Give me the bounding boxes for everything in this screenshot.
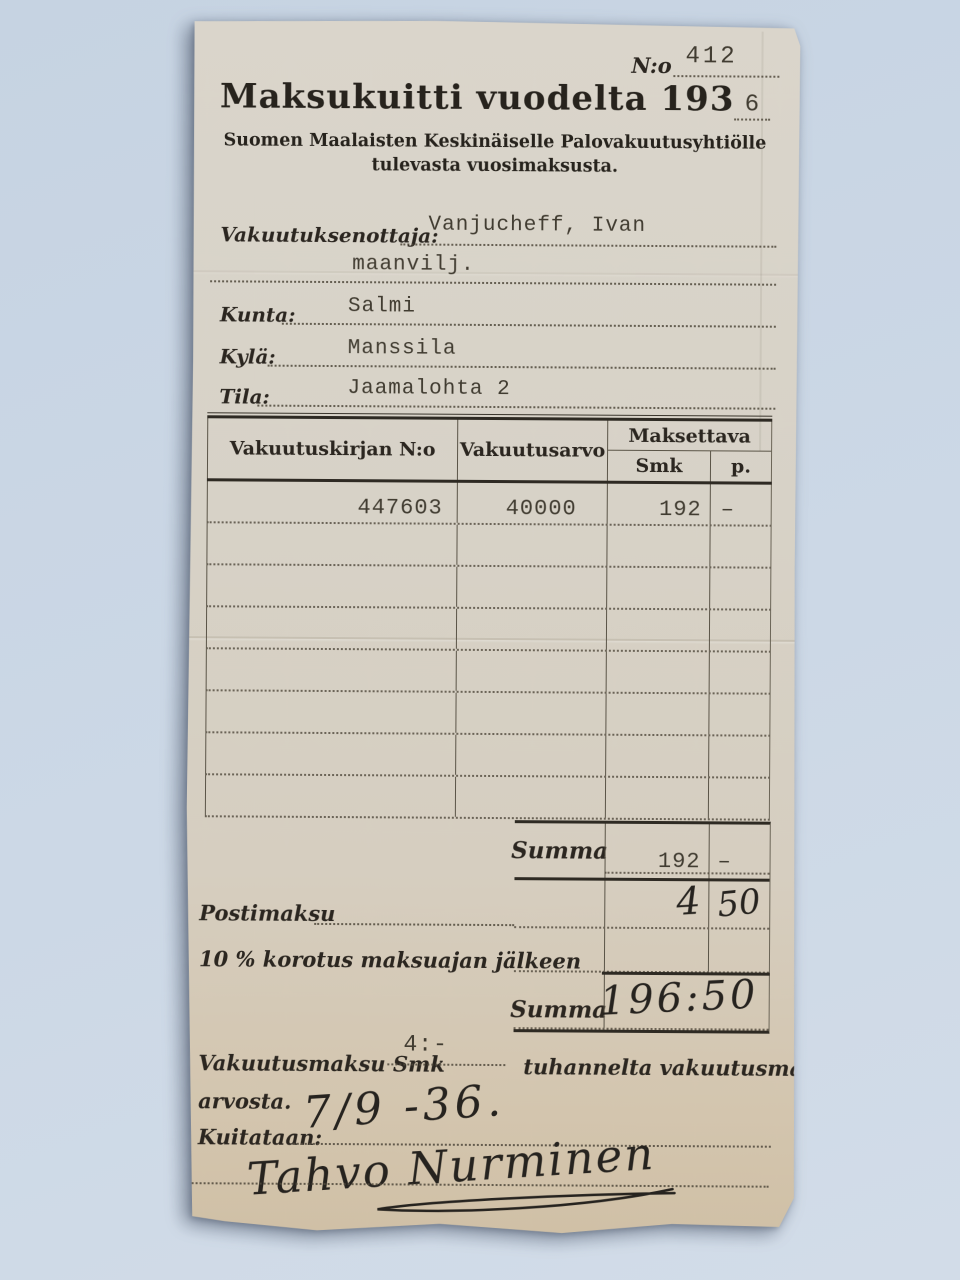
occupation-value: maanvilj. bbox=[352, 253, 475, 277]
col-header-insured-value: Vakuutusarvo bbox=[458, 420, 608, 481]
charges-table: Vakuutuskirjan N:o Vakuutusarvo Maksetta… bbox=[205, 412, 772, 820]
receipt-date-handwritten: 7/9 -36. bbox=[302, 1075, 506, 1139]
postage-smk-handwritten: 4 bbox=[675, 878, 702, 923]
policyholder-value: Vanjucheff, Ivan bbox=[428, 214, 646, 238]
premium-rate-suffix2: arvosta. bbox=[198, 1088, 291, 1114]
receipt-paper-surface: N:o 412 Maksukuitti vuodelta 1936 Suomen… bbox=[182, 18, 801, 1237]
col-header-smk: Smk bbox=[608, 451, 711, 482]
cell-pennia: – bbox=[711, 484, 771, 524]
col-header-pennia: p. bbox=[711, 451, 771, 481]
occupation-line bbox=[210, 280, 776, 285]
subtitle-line1: Suomen Maalaisten Keskinäiselle Palovaku… bbox=[189, 130, 801, 154]
postage-p-handwritten: 50 bbox=[715, 881, 762, 925]
document-title-text: Maksukuitti vuodelta 193 bbox=[220, 76, 735, 119]
summa-smk-value: 192 bbox=[604, 824, 709, 879]
summa2-label: Summa bbox=[514, 972, 604, 1028]
document-title: Maksukuitti vuodelta 1936 bbox=[189, 76, 801, 121]
paper-crease bbox=[188, 270, 800, 276]
postage-line bbox=[314, 923, 514, 926]
summa-label: Summa bbox=[514, 823, 604, 878]
village-value: Manssila bbox=[348, 337, 457, 361]
table-row-empty bbox=[206, 649, 771, 694]
receipt-no-label: N:o bbox=[631, 53, 671, 78]
premium-rate-value: 4:- bbox=[403, 1031, 448, 1057]
farm-line bbox=[257, 405, 775, 410]
cell-policy-no: 447603 bbox=[208, 481, 458, 523]
subtitle-line2: tulevasta vuosimaksusta. bbox=[189, 154, 801, 178]
summary-total-row: Summa 192 – bbox=[514, 823, 769, 882]
farm-value: Jaamalohta 2 bbox=[347, 377, 510, 401]
receipt-no-line bbox=[673, 75, 779, 78]
municipality-value: Salmi bbox=[348, 295, 416, 318]
summary-box: Summa 192 – 4 50 Summa bbox=[514, 820, 771, 1034]
table-row-empty bbox=[205, 775, 770, 820]
summa-p-value: – bbox=[709, 824, 769, 878]
receipt-no-value: 412 bbox=[685, 43, 737, 70]
cell-smk: 192 bbox=[608, 484, 711, 525]
municipality-line bbox=[282, 323, 776, 328]
table-row-empty bbox=[206, 565, 771, 610]
table-row-empty bbox=[205, 733, 770, 778]
col-header-payable-group: Maksettava Smk p. bbox=[608, 421, 771, 482]
table-header-row: Vakuutuskirjan N:o Vakuutusarvo Maksetta… bbox=[207, 418, 772, 481]
premium-rate-suffix: tuhannelta vakuutusmaksu- bbox=[523, 1054, 853, 1081]
table-body: 447603 40000 192 – bbox=[205, 481, 772, 820]
signature-flourish bbox=[332, 1179, 682, 1221]
cell-insured-value: 40000 bbox=[458, 483, 608, 524]
col-header-policy-no: Vakuutuskirjan N:o bbox=[208, 418, 458, 480]
col-header-payable: Maksettava bbox=[608, 421, 771, 452]
year-digit: 6 bbox=[734, 91, 770, 120]
policyholder-line bbox=[400, 243, 776, 247]
table-row-empty bbox=[205, 691, 770, 736]
summary-final-row: Summa 196:50 bbox=[514, 972, 769, 1031]
surcharge-label: 10 % korotus maksuajan jälkeen bbox=[199, 946, 581, 973]
photo-background: N:o 412 Maksukuitti vuodelta 1936 Suomen… bbox=[0, 0, 960, 1280]
table-row-empty bbox=[206, 523, 771, 568]
postage-row: 4 50 bbox=[514, 880, 769, 930]
summa2-handwritten-value: 196:50 bbox=[599, 972, 760, 1025]
table-row-empty bbox=[206, 607, 771, 652]
table-row: 447603 40000 192 – bbox=[207, 481, 772, 526]
receipt-paper: N:o 412 Maksukuitti vuodelta 1936 Suomen… bbox=[182, 18, 801, 1237]
village-line bbox=[268, 365, 776, 370]
